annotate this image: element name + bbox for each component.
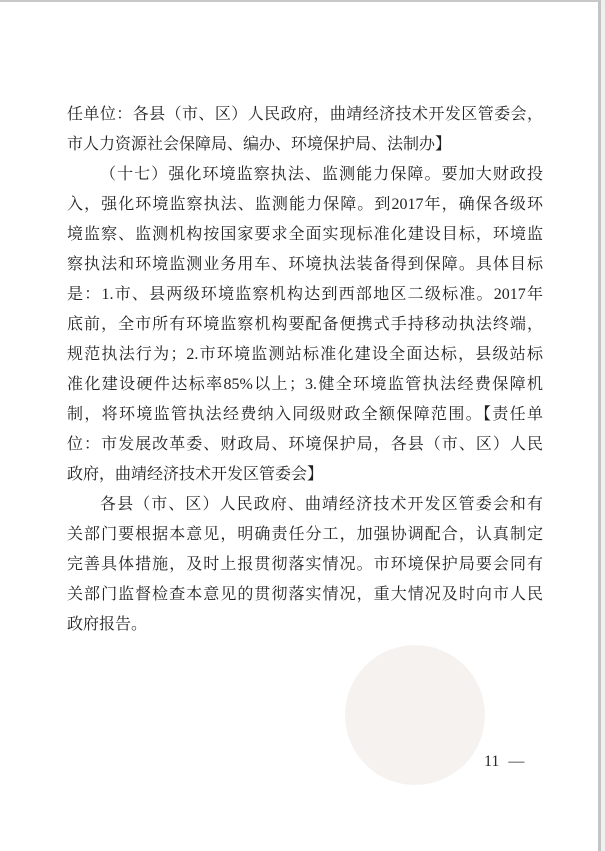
text-line: 政府报告。 <box>67 610 543 640</box>
text-line: （十七）强化环境监察执法、监测能力保障。要加大财政投 <box>67 160 543 190</box>
text-line: 关部门监督检查本意见的贯彻落实情况，重大情况及时向市人民 <box>67 580 543 610</box>
watermark-circle <box>345 645 485 785</box>
text-line: 市人力资源社会保障局、编办、环境保护局、法制办】 <box>67 130 543 160</box>
text-line: 境监察、监测机构按国家要求全面实现标准化建设目标，环境监 <box>67 220 543 250</box>
text-line: 规范执法行为；2.市环境监测站标准化建设全面达标，县级站标 <box>67 340 543 370</box>
text-line: 任单位：各县（市、区）人民政府，曲靖经济技术开发区管委会， <box>67 100 543 130</box>
text-line: 位：市发展改革委、财政局、环境保护局，各县（市、区）人民 <box>67 430 543 460</box>
text-line: 完善具体措施，及时上报贯彻落实情况。市环境保护局要会同有 <box>67 550 543 580</box>
text-line: 底前，全市所有环境监察机构要配备便携式手持移动执法终端， <box>67 310 543 340</box>
text-line: 察执法和环境监测业务用车、环境执法装备得到保障。具体目标 <box>67 250 543 280</box>
text-line: 入，强化环境监察执法、监测能力保障。到2017年，确保各级环 <box>67 190 543 220</box>
page-number: 11 <box>484 753 499 770</box>
footer-dash: — <box>508 753 524 770</box>
text-line: 制，将环境监管执法经费纳入同级财政全额保障范围。【责任单 <box>67 400 543 430</box>
text-body: 任单位：各县（市、区）人民政府，曲靖经济技术开发区管委会，市人力资源社会保障局、… <box>67 100 543 640</box>
text-line: 各县（市、区）人民政府、曲靖经济技术开发区管委会和有 <box>67 490 543 520</box>
page-footer: 11— <box>484 752 524 772</box>
text-line: 政府，曲靖经济技术开发区管委会】 <box>67 460 543 490</box>
text-line: 关部门要根据本意见，明确责任分工，加强协调配合，认真制定 <box>67 520 543 550</box>
document-page: 任单位：各县（市、区）人民政府，曲靖经济技术开发区管委会，市人力资源社会保障局、… <box>0 0 601 851</box>
text-line: 准化建设硬件达标率85%以上；3.健全环境监管执法经费保障机 <box>67 370 543 400</box>
text-line: 是：1.市、县两级环境监察机构达到西部地区二级标准。2017年 <box>67 280 543 310</box>
